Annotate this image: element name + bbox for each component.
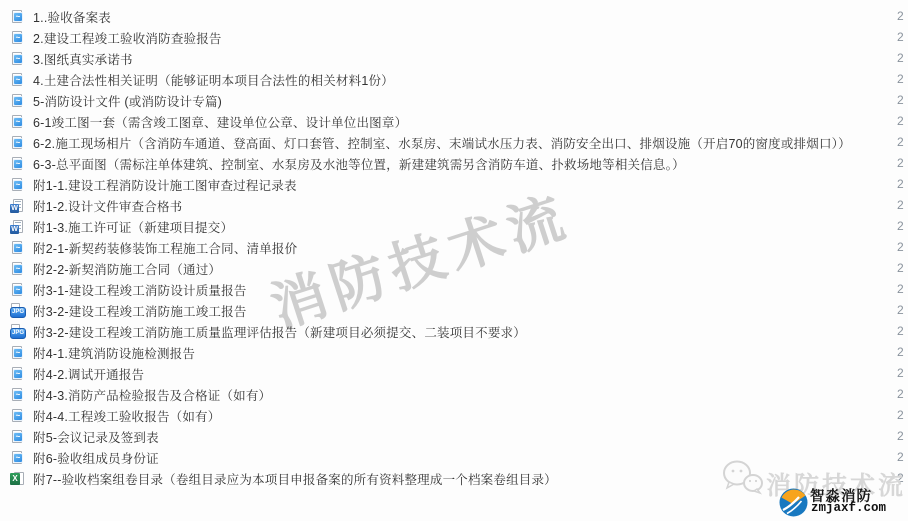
image-file-icon: ~: [10, 366, 26, 382]
file-row[interactable]: W附1-3.施工许可证（新建项目提交）2: [0, 216, 908, 237]
image-file-icon: ~: [10, 114, 26, 130]
file-name: 6-3-总平面图（需标注单体建筑、控制室、水泵房及水池等位置，新建建筑需另含消防…: [33, 155, 685, 173]
file-name: 6-1竣工图一套（需含竣工图章、建设单位公章、设计单位出图章）: [33, 113, 407, 131]
file-name: 3.图纸真实承诺书: [33, 50, 133, 68]
right-column-value: 2: [897, 303, 904, 317]
image-file-icon: ~: [10, 93, 26, 109]
image-file-icon: ~: [10, 408, 26, 424]
right-column-value: 2: [897, 156, 904, 170]
file-row[interactable]: JPG附3-2-建设工程竣工消防施工质量监理评估报告（新建项目必须提交、二装项目…: [0, 321, 908, 342]
image-file-icon: ~: [10, 345, 26, 361]
right-column-value: 2: [897, 450, 904, 464]
file-name: 附2-2-新契消防施工合同（通过）: [33, 260, 221, 278]
image-file-icon: ~: [10, 387, 26, 403]
image-file-icon: ~: [10, 282, 26, 298]
right-column-value: 2: [897, 51, 904, 65]
file-row[interactable]: ~6-1竣工图一套（需含竣工图章、建设单位公章、设计单位出图章）2: [0, 111, 908, 132]
image-file-icon: ~: [10, 450, 26, 466]
file-row[interactable]: ~附2-1-新契药装修装饰工程施工合同、清单报价2: [0, 237, 908, 258]
file-row[interactable]: JPG附3-2-建设工程竣工消防施工竣工报告2: [0, 300, 908, 321]
right-column-value: 2: [897, 9, 904, 23]
file-row[interactable]: ~附4-1.建筑消防设施检测报告2: [0, 342, 908, 363]
file-name: 附6-验收组成员身份证: [33, 449, 159, 467]
right-column-value: 2: [897, 72, 904, 86]
file-name: 6-2.施工现场相片（含消防车通道、登高面、灯口套管、控制室、水泵房、末端试水压…: [33, 134, 851, 152]
excel-file-icon: X: [10, 471, 26, 487]
file-name: 附1-3.施工许可证（新建项目提交）: [33, 218, 233, 236]
image-file-icon: ~: [10, 177, 26, 193]
file-row[interactable]: ~附4-4.工程竣工验收报告（如有）2: [0, 405, 908, 426]
image-file-icon: ~: [10, 429, 26, 445]
file-name: 2.建设工程竣工验收消防查验报告: [33, 29, 222, 47]
right-column-value: 2: [897, 93, 904, 107]
file-name: 4.土建合法性相关证明（能够证明本项目合法性的相关材料1份）: [33, 71, 394, 89]
file-name: 附3-2-建设工程竣工消防施工竣工报告: [33, 302, 247, 320]
file-row[interactable]: ~附4-3.消防产品检验报告及合格证（如有）2: [0, 384, 908, 405]
file-row[interactable]: W附1-2.设计文件审查合格书2: [0, 195, 908, 216]
right-column-value: 2: [897, 345, 904, 359]
file-row[interactable]: ~附1-1.建设工程消防设计施工图审查过程记录表2: [0, 174, 908, 195]
right-column-value: 2: [897, 408, 904, 422]
file-name: 附3-1-建设工程竣工消防设计质量报告: [33, 281, 247, 299]
image-file-icon: ~: [10, 51, 26, 67]
image-file-icon: ~: [10, 156, 26, 172]
image-file-icon: ~: [10, 240, 26, 256]
file-row[interactable]: ~附2-2-新契消防施工合同（通过）2: [0, 258, 908, 279]
file-name: 附7--验收档案组卷目录（卷组目录应为本项目申报备案的所有资料整理成一个档案卷组…: [33, 470, 557, 488]
right-column-value: 2: [897, 219, 904, 233]
file-row[interactable]: ~附5-会议记录及签到表2: [0, 426, 908, 447]
right-column-value: 2: [897, 261, 904, 275]
right-column-value: 2: [897, 135, 904, 149]
file-row[interactable]: ~5-消防设计文件 (或消防设计专篇)2: [0, 90, 908, 111]
right-column-value: 2: [897, 324, 904, 338]
image-file-icon: ~: [10, 72, 26, 88]
file-name: 附3-2-建设工程竣工消防施工质量监理评估报告（新建项目必须提交、二装项目不要求…: [33, 323, 526, 341]
right-column-value: 2: [897, 30, 904, 44]
file-name: 附1-2.设计文件审查合格书: [33, 197, 182, 215]
right-column-value: 2: [897, 387, 904, 401]
file-name: 附4-1.建筑消防设施检测报告: [33, 344, 195, 362]
file-row[interactable]: ~6-2.施工现场相片（含消防车通道、登高面、灯口套管、控制室、水泵房、末端试水…: [0, 132, 908, 153]
file-row[interactable]: ~2.建设工程竣工验收消防查验报告2: [0, 27, 908, 48]
file-row[interactable]: ~附4-2.调试开通报告2: [0, 363, 908, 384]
file-row[interactable]: ~附6-验收组成员身份证2: [0, 447, 908, 468]
wechat-icon: [721, 459, 765, 502]
file-name: 附2-1-新契药装修装饰工程施工合同、清单报价: [33, 239, 297, 257]
file-name: 5-消防设计文件 (或消防设计专篇): [33, 92, 222, 110]
word-file-icon: W: [10, 198, 26, 214]
brand-website: zmjaxf.com: [811, 501, 886, 515]
file-list-screen: ~1..验收备案表2~2.建设工程竣工验收消防查验报告2~3.图纸真实承诺书2~…: [0, 0, 908, 521]
file-name: 1..验收备案表: [33, 8, 111, 26]
right-column-value: 2: [897, 114, 904, 128]
file-row[interactable]: ~3.图纸真实承诺书2: [0, 48, 908, 69]
brand-logo-icon: [779, 488, 808, 521]
word-file-icon: W: [10, 219, 26, 235]
file-name: 附5-会议记录及签到表: [33, 428, 159, 446]
file-list: ~1..验收备案表2~2.建设工程竣工验收消防查验报告2~3.图纸真实承诺书2~…: [0, 6, 908, 489]
jpg-file-icon: JPG: [10, 303, 26, 319]
image-file-icon: ~: [10, 9, 26, 25]
file-row[interactable]: ~6-3-总平面图（需标注单体建筑、控制室、水泵房及水池等位置，新建建筑需另含消…: [0, 153, 908, 174]
image-file-icon: ~: [10, 30, 26, 46]
jpg-file-icon: JPG: [10, 324, 26, 340]
right-column-value: 2: [897, 177, 904, 191]
file-row[interactable]: ~4.土建合法性相关证明（能够证明本项目合法性的相关材料1份）2: [0, 69, 908, 90]
file-row[interactable]: ~附3-1-建设工程竣工消防设计质量报告2: [0, 279, 908, 300]
right-column-value: 2: [897, 366, 904, 380]
file-name: 附1-1.建设工程消防设计施工图审查过程记录表: [33, 176, 297, 194]
file-name: 附4-3.消防产品检验报告及合格证（如有）: [33, 386, 271, 404]
right-column-value: 2: [897, 282, 904, 296]
image-file-icon: ~: [10, 135, 26, 151]
file-row[interactable]: ~1..验收备案表2: [0, 6, 908, 27]
image-file-icon: ~: [10, 261, 26, 277]
file-name: 附4-4.工程竣工验收报告（如有）: [33, 407, 220, 425]
right-column-value: 2: [897, 429, 904, 443]
right-column-value: 2: [897, 198, 904, 212]
file-name: 附4-2.调试开通报告: [33, 365, 144, 383]
right-column-value: 2: [897, 240, 904, 254]
